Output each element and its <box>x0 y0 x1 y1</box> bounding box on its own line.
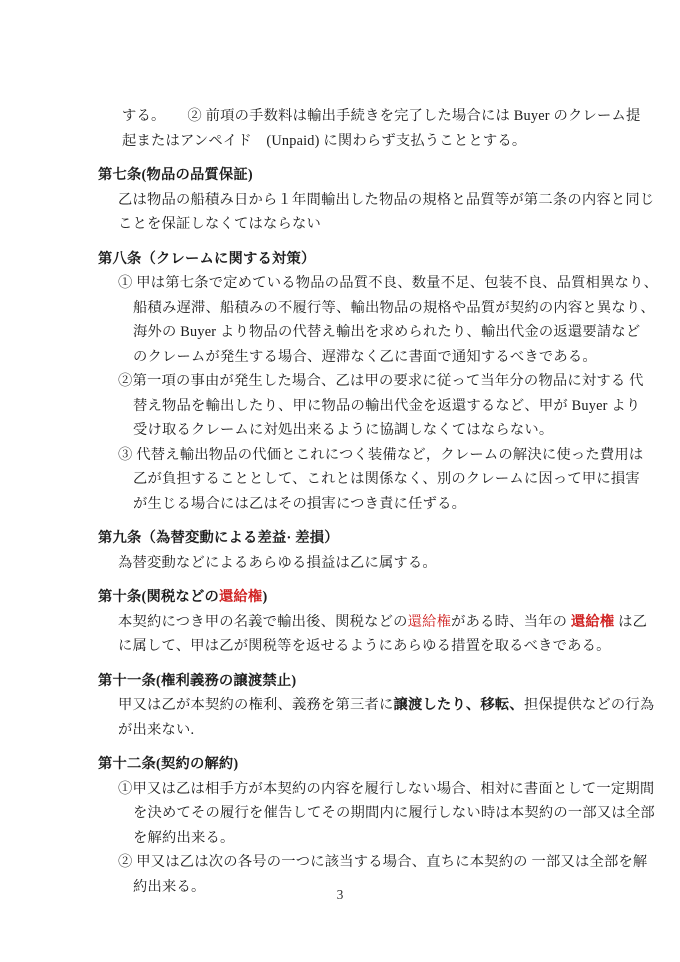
article-10-heading-red-term: 還給権 <box>219 589 263 605</box>
article-11-text: 担保提供などの行為 <box>524 697 654 713</box>
article-12-item-1-line: ①甲又は乙は相手方が本契約の内容を履行しない場合、相対に書面として一定期間 <box>118 777 598 802</box>
article-10-red-term: 還給権 <box>408 614 452 630</box>
page-number: 3 <box>0 886 680 904</box>
article-10-text: は乙 <box>614 614 647 630</box>
article-12-heading: 第十二条(契約の解約) <box>98 752 598 777</box>
article-11-bold-text: 譲渡したり、移転、 <box>393 697 523 713</box>
article-10-heading-prefix: 第十条(関税などの <box>98 589 219 605</box>
article-10-text: 本契約につき甲の名義で輸出後、関税などの <box>118 614 408 630</box>
article-11-text: 甲又は乙が本契約の権利、義務を第三者に <box>118 697 393 713</box>
article-10-heading: 第十条(関税などの還給権) <box>98 585 598 610</box>
article-8-item-1-line: ① 甲は第七条で定めている物品の品質不良、数量不足、包装不良、品質相異なり、 <box>118 271 598 296</box>
article-8: 第八条（クレームに関する対策） ① 甲は第七条で定めている物品の品質不良、数量不… <box>98 247 598 517</box>
article-10-line: 本契約につき甲の名義で輸出後、関税などの還給権がある時、当年の 還給権 は乙 <box>118 610 598 635</box>
article-7: 第七条(物品の品質保証) 乙は物品の船積み日から１年間輸出した物品の規格と品質等… <box>98 163 598 237</box>
article-8-item-1-line: 海外の Buyer より物品の代替え輸出を求められたり、輸出代金の返還要請など <box>133 320 598 345</box>
article-8-item-3-line: 乙が負担することとして、これとは関係なく、別のクレームに因って甲に損害 <box>133 467 598 492</box>
article-10-text: がある時、当年の <box>451 614 571 630</box>
article-12-item-2-line: ② 甲又は乙は次の各号の一つに該当する場合、直ちに本契約の 一部又は全部を解 <box>118 850 598 875</box>
article-12: 第十二条(契約の解約) ①甲又は乙は相手方が本契約の内容を履行しない場合、相対に… <box>98 752 598 899</box>
article-7-line: 乙は物品の船積み日から１年間輸出した物品の規格と品質等が第二条の内容と同じ <box>118 188 598 213</box>
article-10: 第十条(関税などの還給権) 本契約につき甲の名義で輸出後、関税などの還給権がある… <box>98 585 598 659</box>
document-page: する。 ② 前項の手数料は輸出手続きを完了した場合には Buyer のクレーム提… <box>0 0 680 962</box>
article-12-item-1-line: を決めてその履行を催告してその期間内に履行しない時は本契約の一部又は全部 <box>133 801 598 826</box>
article-8-item-2-line: 受け取るクレームに対処出来るように協調しなくてはならない。 <box>133 418 598 443</box>
article-12-item-1-line: を解約出来る。 <box>133 826 598 851</box>
intro-line: 起またはアンペイド (Unpaid) に関わらず支払うこととする。 <box>122 129 598 154</box>
article-9: 第九条（為替変動による差益· 差損） 為替変動などによるあらゆる損益は乙に属する… <box>98 526 598 575</box>
article-8-item-3-line: が生じる場合には乙はその損害につき責に任ずる。 <box>133 492 598 517</box>
article-7-heading: 第七条(物品の品質保証) <box>98 163 598 188</box>
intro-paragraph: する。 ② 前項の手数料は輸出手続きを完了した場合には Buyer のクレーム提… <box>98 104 598 153</box>
article-11-line: が出来ない. <box>118 718 598 743</box>
document-body: する。 ② 前項の手数料は輸出手続きを完了した場合には Buyer のクレーム提… <box>98 104 598 899</box>
article-10-heading-suffix: ) <box>262 589 267 605</box>
article-9-heading: 第九条（為替変動による差益· 差損） <box>98 526 598 551</box>
article-11-heading: 第十一条(権利義務の譲渡禁止) <box>98 669 598 694</box>
article-11-line: 甲又は乙が本契約の権利、義務を第三者に譲渡したり、移転、担保提供などの行為 <box>118 693 598 718</box>
article-10-line: に属して、甲は乙が関税等を返せるようにあらゆる措置を取るべきである。 <box>118 634 598 659</box>
intro-line: する。 ② 前項の手数料は輸出手続きを完了した場合には Buyer のクレーム提 <box>122 104 598 129</box>
article-8-item-3-line: ③ 代替え輸出物品の代価とこれにつく装備など，クレームの解決に使った費用は <box>118 443 598 468</box>
article-8-heading: 第八条（クレームに関する対策） <box>98 247 598 272</box>
article-7-line: ことを保証しなくてはならない <box>118 212 598 237</box>
article-10-red-term: 還給権 <box>571 614 615 630</box>
article-9-line: 為替変動などによるあらゆる損益は乙に属する。 <box>118 551 598 576</box>
article-8-item-2-line: 替え物品を輸出したり、甲に物品の輸出代金を返還するなど、甲が Buyer より <box>133 394 598 419</box>
article-11: 第十一条(権利義務の譲渡禁止) 甲又は乙が本契約の権利、義務を第三者に譲渡したり… <box>98 669 598 743</box>
article-8-item-1-line: のクレームが発生する場合、遅滞なく乙に書面で通知するべきである。 <box>133 345 598 370</box>
article-8-item-2-line: ②第一項の事由が発生した場合、乙は甲の要求に従って当年分の物品に対する 代 <box>118 369 598 394</box>
article-8-item-1-line: 船積み遅滞、船積みの不履行等、輸出物品の規格や品質が契約の内容と異なり、 <box>133 296 598 321</box>
